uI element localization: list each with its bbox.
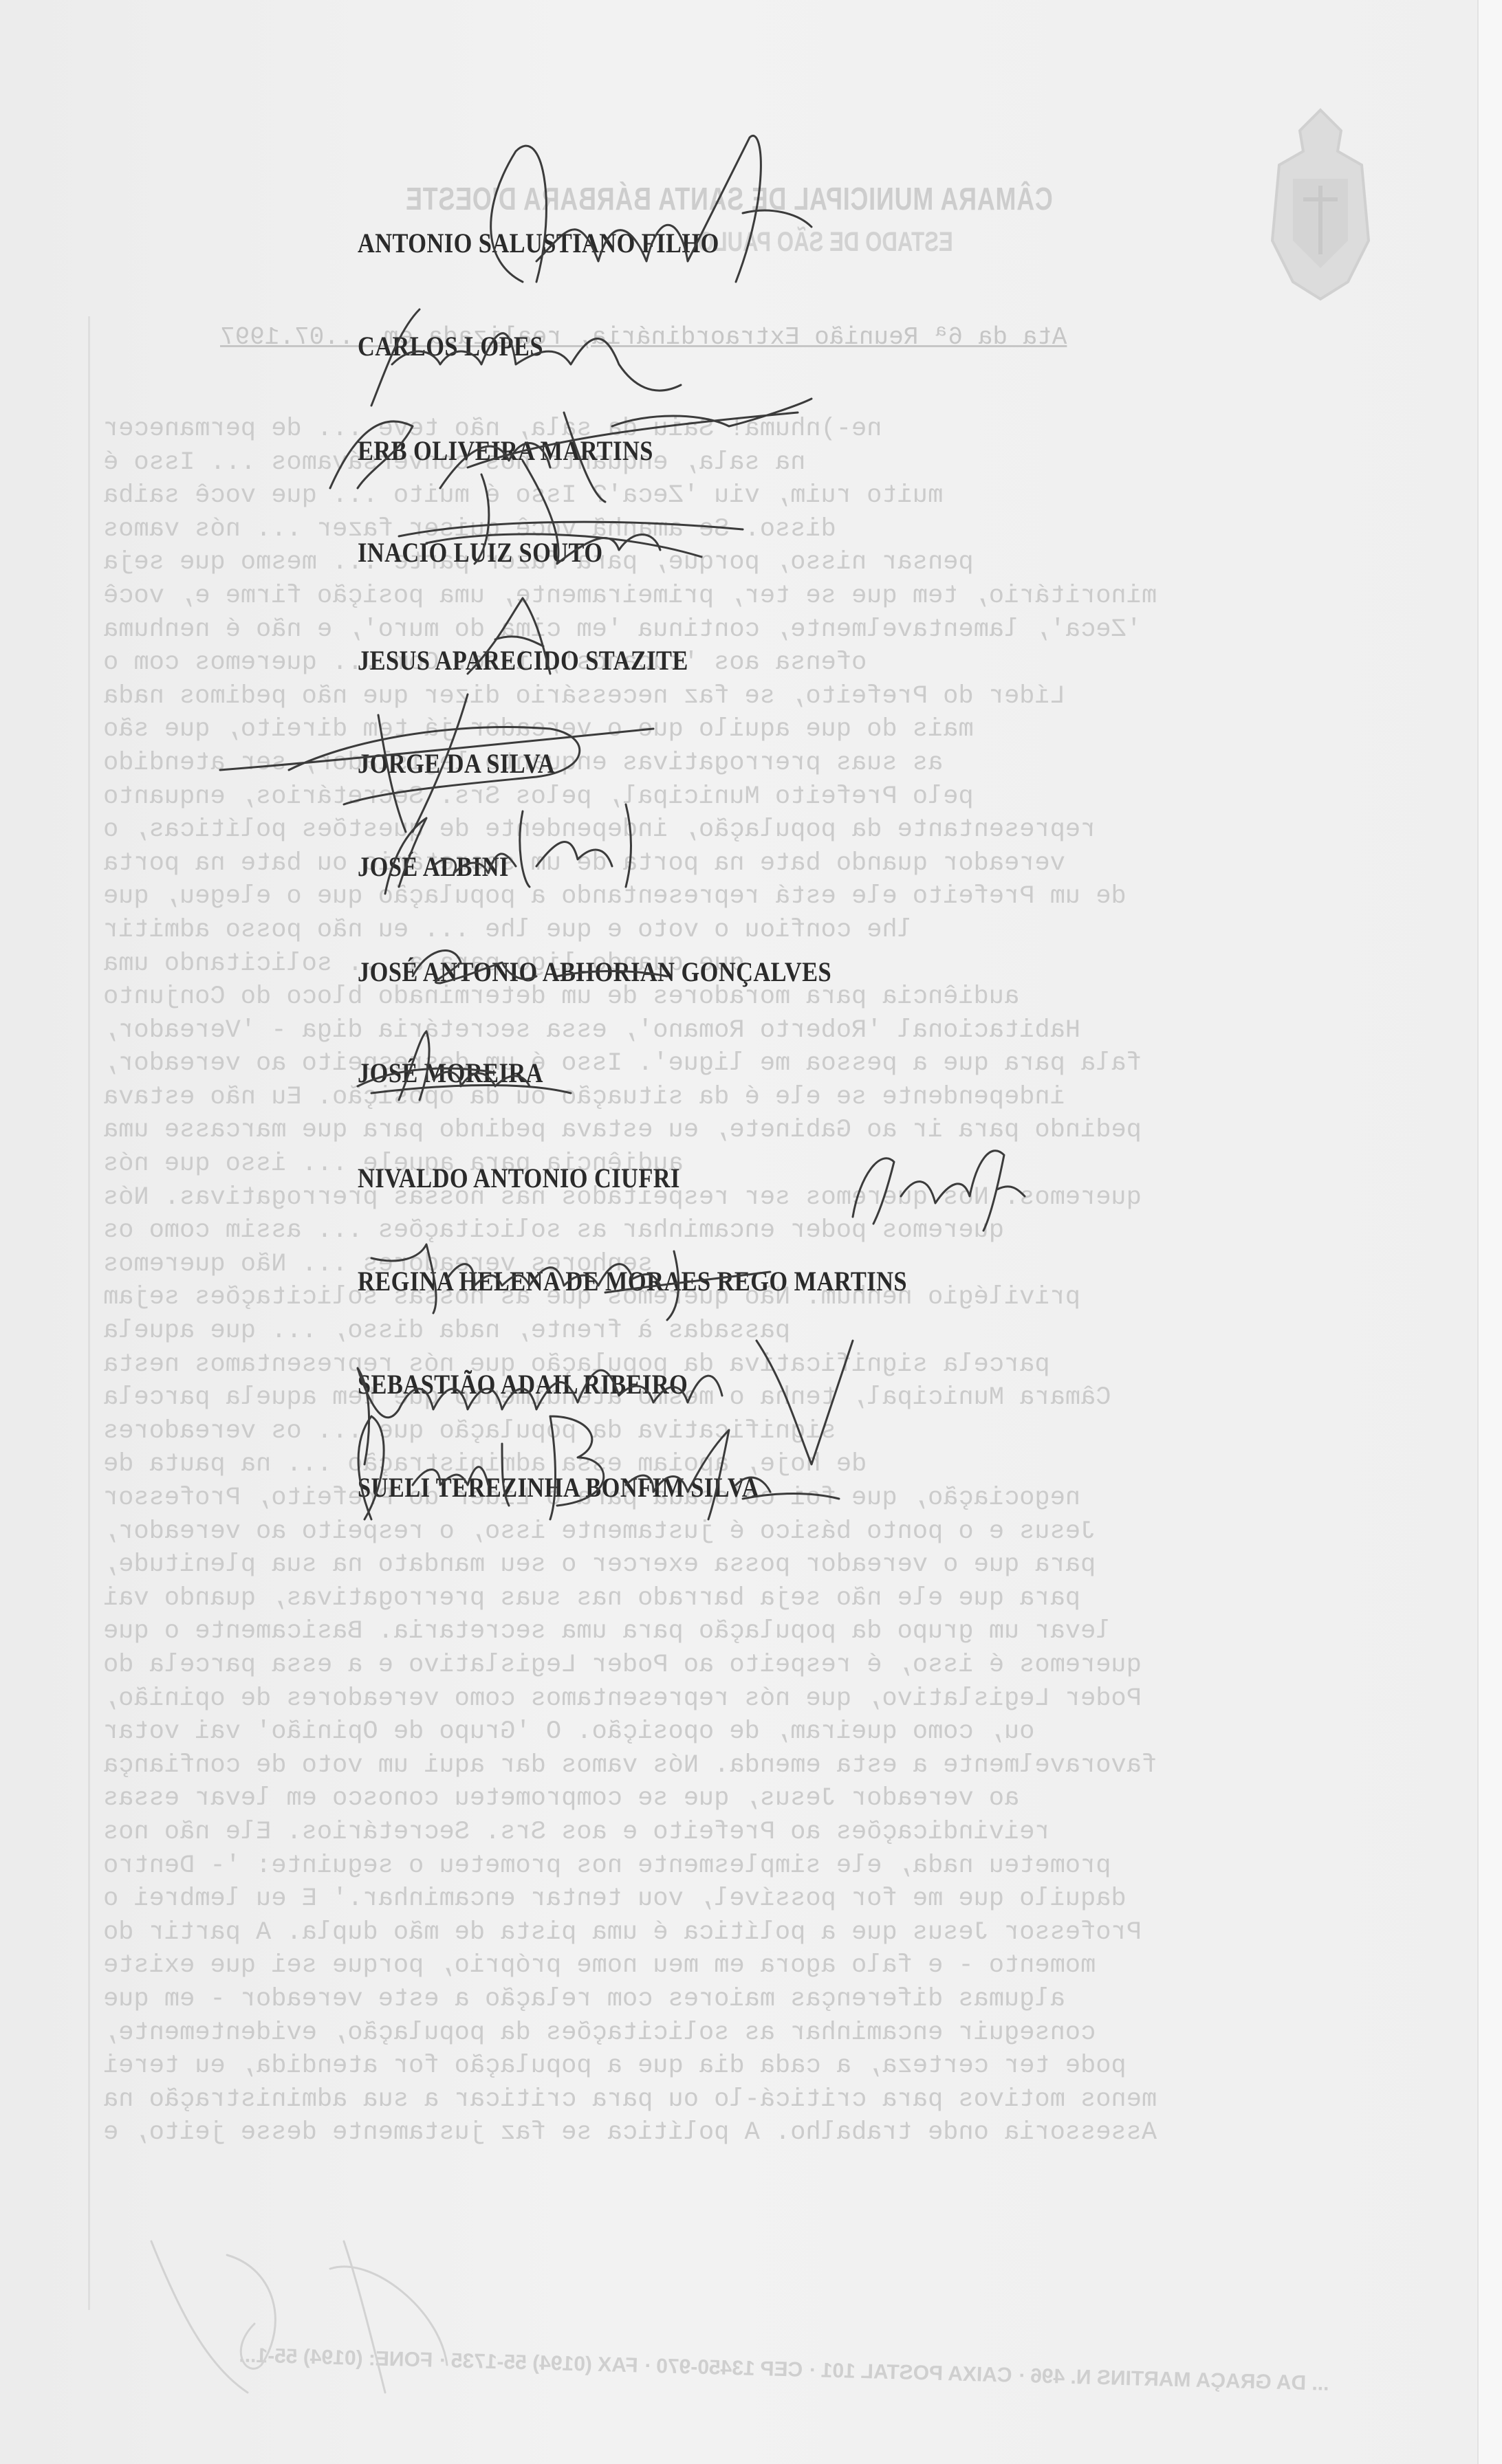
handwritten-signature bbox=[358, 791, 646, 907]
margin-rule bbox=[88, 316, 90, 2310]
show-through-line: menos motivos para criticá-lo ou para cr… bbox=[103, 2083, 1410, 2117]
show-through-line: de um Prefeito ele está representando a … bbox=[103, 880, 1410, 914]
municipal-crest-icon bbox=[1252, 103, 1389, 309]
show-through-line: ao vereador Jesus, que se comprometeu co… bbox=[103, 1782, 1410, 1816]
show-through-line: reivindicações ao Prefeito e aos Srs. Se… bbox=[103, 1816, 1410, 1849]
show-through-signature bbox=[124, 2227, 468, 2406]
page-edge bbox=[1477, 0, 1502, 2464]
show-through-line: pedindo para ir ao Gabinete, eu estava p… bbox=[103, 1114, 1410, 1147]
show-through-line: para que ele não seja barrado nas suas p… bbox=[103, 1582, 1410, 1616]
show-through-line: audiência para aquele ... isso que nós bbox=[103, 1147, 1410, 1181]
show-through-line: independente se ele é da situação ou da … bbox=[103, 1081, 1410, 1114]
show-through-line: favoravelmente a esta emenda. Nós vamos … bbox=[103, 1749, 1410, 1783]
show-through-line: prometeu nada, ele simplesmente nos prom… bbox=[103, 1849, 1410, 1883]
handwritten-signature bbox=[839, 1134, 1032, 1237]
handwritten-signature bbox=[330, 1402, 853, 1526]
show-through-line: queremos é isso, é respeito ao Poder Leg… bbox=[103, 1649, 1410, 1682]
show-through-line: queremos. Nós queremos ser respeitados n… bbox=[103, 1181, 1410, 1215]
show-through-line: para que o vereador possa exercer o seu … bbox=[103, 1548, 1410, 1582]
handwritten-signature bbox=[385, 935, 674, 990]
show-through-line: momento - e falo agora em meu nome própr… bbox=[103, 1949, 1410, 1983]
handwritten-signature bbox=[440, 124, 825, 289]
signatory-name: NIVALDO ANTONIO CIUFRI bbox=[358, 1162, 680, 1194]
show-through-line: lhe confiou o voto e que lhe ... eu não … bbox=[103, 914, 1410, 947]
show-through-line: Poder Legislativo, que nós representamos… bbox=[103, 1682, 1410, 1716]
show-through-line: vereador quando bate na porta de um secr… bbox=[103, 847, 1410, 881]
show-through-line: conseguir encaminhar as solicitações da … bbox=[103, 2016, 1410, 2050]
show-through-line: ofensa aos 'tucanos', isso. Com ... quer… bbox=[103, 646, 1410, 680]
show-through-line: Professor Jesus que a política é uma pis… bbox=[103, 1916, 1410, 1950]
show-through-line: algumas diferenças maiores com relação a… bbox=[103, 1983, 1410, 2016]
show-through-line: Habitacional 'Roberto Romano', essa secr… bbox=[103, 1014, 1410, 1048]
handwritten-signature bbox=[358, 1231, 784, 1327]
show-through-line: daquilo que me for possível, vou tentar … bbox=[103, 1882, 1410, 1916]
handwritten-signature bbox=[385, 454, 770, 564]
show-through-line: fala para que a pessoa me ligue'. Isso é… bbox=[103, 1047, 1410, 1081]
show-through-line: 'Zeca', lamentavelmente, continua 'em ci… bbox=[103, 613, 1410, 647]
handwritten-signature bbox=[344, 1024, 591, 1107]
show-through-line: ou, como queiram, de oposição. O 'Grupo … bbox=[103, 1715, 1410, 1749]
scanned-page: CÂMARA MUNICIPAL DE SANTA BÁRBARA D'OEST… bbox=[0, 0, 1502, 2464]
show-through-line: levar um grupo da população para uma sec… bbox=[103, 1615, 1410, 1649]
show-through-line: Assessoria onde trabalho. A política se … bbox=[103, 2116, 1410, 2150]
show-through-line: pode ter certeza, a cada dia que a popul… bbox=[103, 2049, 1410, 2083]
show-through-line: minoritário, tem que se ter, primeiramen… bbox=[103, 580, 1410, 613]
handwritten-signature bbox=[454, 591, 591, 687]
